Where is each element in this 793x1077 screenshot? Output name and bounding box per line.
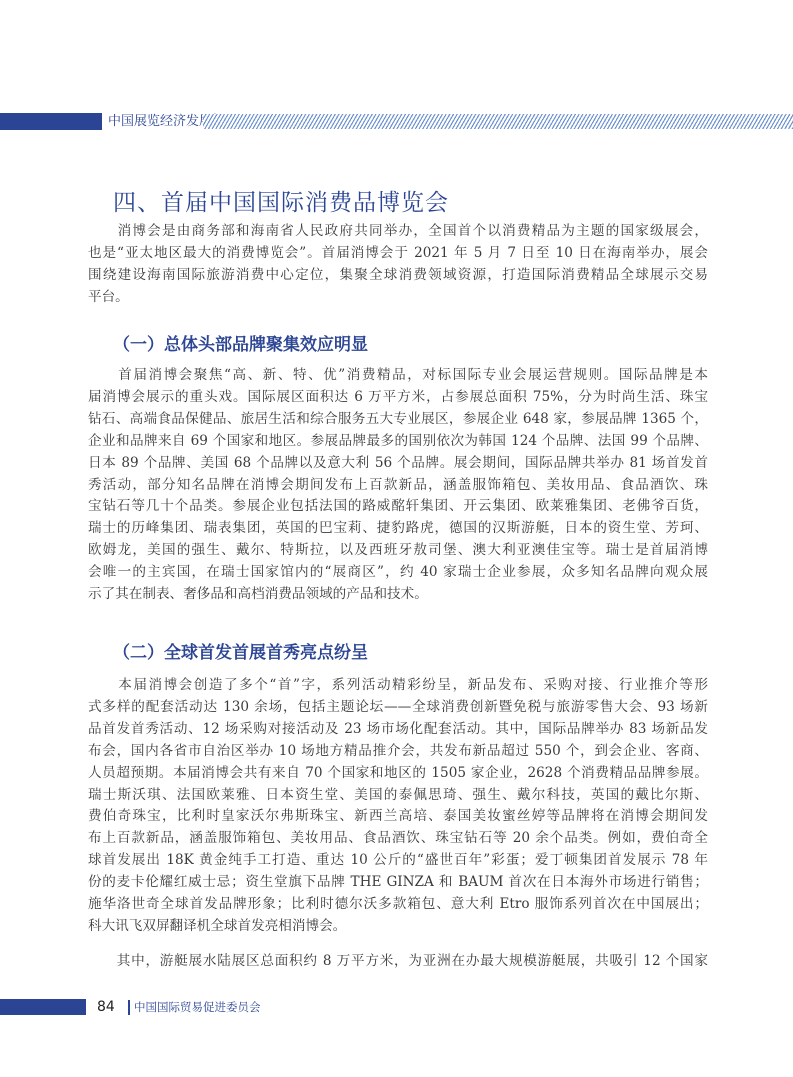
text-line: 科大讯飞双屏翻译机全球首发亮相消博会。 [88,916,708,938]
footer-divider [128,1000,130,1015]
text-line: 围绕建设海南国际旅游消费中心定位，集聚全球消费领域资源，打造国际消费精品全球展示… [88,265,708,287]
text-line: 也是“亚太地区最大的消费博览会”。首届消博会于 2021 年 5 月 7 日至 … [88,243,708,265]
text-line: 平台。 [88,287,708,309]
text-line: 份的麦卡伦耀红威士忌；资生堂旗下品牌 THE GINZA 和 BAUM 首次在日… [88,872,708,894]
page-number: 84 [97,998,115,1016]
text-line: 布会，国内各省市自治区举办 10 场地方精品推介会，共发布新品超过 550 个，… [88,741,708,763]
running-header: 中国展览经济发展报告（2021） [0,113,793,130]
text-line: 施华洛世奇全球首发品牌形象；比利时德尔沃多款箱包、意大利 Etro 服饰系列首次… [88,894,708,916]
text-line: 企业和品牌来自 69 个国家和地区。参展品牌最多的国别依次为韩国 124 个品牌… [88,431,708,453]
section-title-1: （一）总体头部品牌聚集效应明显 [113,330,368,355]
text-line: 届消博会展示的重头戏。国际展区面积达 6 万平方米，占参展总面积 75%，分为时… [88,387,708,409]
page-footer: 84 中国国际贸易促进委员会 [0,999,793,1015]
text-line: 人员超预期。本届消博会共有来自 70 个国家和地区的 1505 家企业，2628… [88,763,708,785]
text-line: 布上百款新品，涵盖服饰箱包、美妆用品、食品酒饮、珠宝钻石等 20 余个品类。例如… [88,828,708,850]
section-title-2: （二）全球首发首展首秀亮点纷呈 [113,638,368,663]
header-hatch-pattern [203,114,793,129]
text-line: 钻石、高端食品保健品、旅居生活和综合服务五大专业展区，参展企业 648 家，参展… [88,409,708,431]
section2-continuation-paragraph: 其中，游艇展水陆展区总面积约 8 万平方米，为亚洲在办最大规模游艇展，共吸引 1… [88,951,708,973]
text-line: 本届消博会创造了多个“首”字，系列活动精彩纷呈，新品发布、采购对接、行业推介等形 [88,675,708,697]
text-line: 秀活动，部分知名品牌在消博会期间发布上百款新品，涵盖服饰箱包、美妆用品、食品酒饮… [88,475,708,497]
text-line: 式多样的配套活动达 130 余场，包括主题论坛——全球消费创新暨免税与旅游零售大… [88,697,708,719]
publisher-name: 中国国际贸易促进委员会 [134,999,261,1015]
text-line: 首届消博会聚焦“高、新、特、优”消费精品，对标国际专业会展运营规则。国际品牌是本 [88,365,708,387]
text-line: 示了其在制表、奢侈品和高档消费品领域的产品和技术。 [88,584,708,606]
text-line: 宝钻石等几十个品类。参展企业包括法国的路威酩轩集团、开云集团、欧莱雅集团、老佛爷… [88,496,708,518]
section2-paragraph: 本届消博会创造了多个“首”字，系列活动精彩纷呈，新品发布、采购对接、行业推介等形… [88,675,708,938]
footer-color-bar [0,999,86,1015]
text-line: 球首发展出 18K 黄金纯手工打造、重达 10 公斤的“盛世百年”彩蛋；爱丁顿集… [88,850,708,872]
header-color-bar [0,113,102,130]
text-line: 瑞士的历峰集团、瑞表集团，英国的巴宝莉、捷豹路虎，德国的汉斯游艇，日本的资生堂、… [88,518,708,540]
text-line: 费伯奇珠宝，比利时皇家沃尔弗斯珠宝、新西兰高培、泰国美妆蜜丝婷等品牌将在消博会期… [88,806,708,828]
text-line: 会唯一的主宾国，在瑞士国家馆内的“展商区”，约 40 家瑞士企业参展，众多知名品… [88,562,708,584]
intro-paragraph: 消博会是由商务部和海南省人民政府共同举办，全国首个以消费精品为主题的国家级展会，… [88,221,708,309]
text-line: 消博会是由商务部和海南省人民政府共同举办，全国首个以消费精品为主题的国家级展会， [88,221,708,243]
text-line: 瑞士斯沃琪、法国欧莱雅、日本资生堂、美国的泰佩思琦、强生、戴尔科技，英国的戴比尔… [88,785,708,807]
text-line: 日本 89 个品牌、美国 68 个品牌以及意大利 56 个品牌。展会期间，国际品… [88,453,708,475]
text-line: 其中，游艇展水陆展区总面积约 8 万平方米，为亚洲在办最大规模游艇展，共吸引 1… [88,951,708,973]
chapter-title: 四、首届中国国际消费品博览会 [113,184,449,217]
section1-paragraph: 首届消博会聚焦“高、新、特、优”消费精品，对标国际专业会展运营规则。国际品牌是本… [88,365,708,606]
text-line: 品首发首秀活动、12 场采购对接活动及 23 场市场化配套活动。其中，国际品牌举… [88,719,708,741]
text-line: 欧姆龙，美国的强生、戴尔、特斯拉，以及西班牙敖司堡、澳大利亚澳佳宝等。瑞士是首届… [88,540,708,562]
